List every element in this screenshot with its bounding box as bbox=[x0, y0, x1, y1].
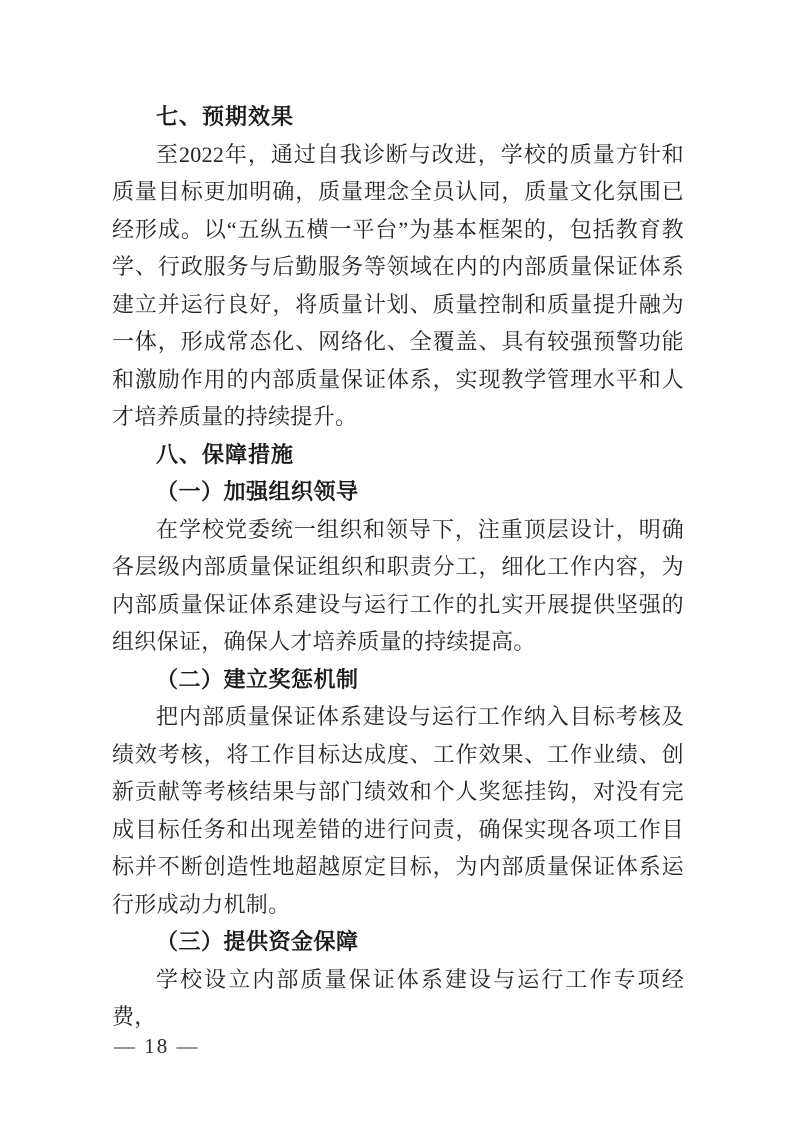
document-page: 七、预期效果 至2022年，通过自我诊断与改进，学校的质量方针和质量目标更加明确… bbox=[0, 0, 792, 1122]
subheading-reward-punishment-mechanism: （二）建立奖惩机制 bbox=[112, 661, 684, 699]
paragraph-expected-results: 至2022年，通过自我诊断与改进，学校的质量方针和质量目标更加明确，质量理念全员… bbox=[112, 136, 684, 436]
section-heading-expected-results: 七、预期效果 bbox=[112, 98, 684, 136]
document-body: 七、预期效果 至2022年，通过自我诊断与改进，学校的质量方针和质量目标更加明确… bbox=[112, 98, 684, 1036]
subheading-strengthen-organization-leadership: （一）加强组织领导 bbox=[112, 473, 684, 511]
paragraph-organization-leadership: 在学校党委统一组织和领导下，注重顶层设计，明确各层级内部质量保证组织和职责分工，… bbox=[112, 511, 684, 661]
subheading-funding-guarantee: （三）提供资金保障 bbox=[112, 923, 684, 961]
paragraph-funding-guarantee: 学校设立内部质量保证体系建设与运行工作专项经费， bbox=[112, 961, 684, 1036]
section-heading-safeguard-measures: 八、保障措施 bbox=[112, 436, 684, 474]
paragraph-reward-punishment: 把内部质量保证体系建设与运行工作纳入目标考核及绩效考核，将工作目标达成度、工作效… bbox=[112, 698, 684, 923]
page-number: — 18 — bbox=[114, 1032, 200, 1060]
